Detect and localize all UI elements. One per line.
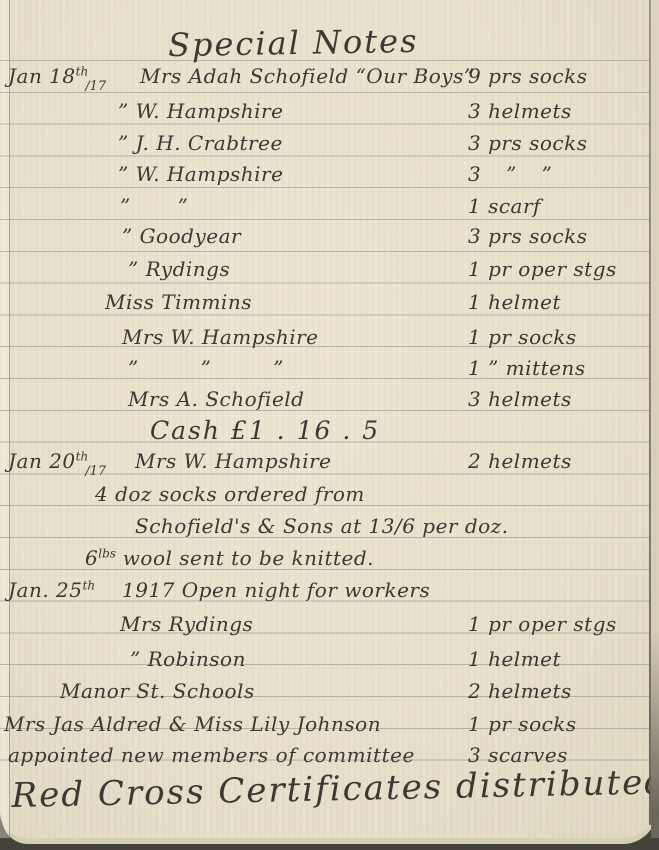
entry-quantity: 9 prs socks — [468, 64, 587, 88]
entry-name: Mrs Rydings — [120, 612, 253, 636]
ledger-row: ” Goodyear 3 prs socks — [0, 224, 659, 254]
ledger-row: 4 doz socks ordered from — [0, 482, 659, 512]
entry-name: 1917 Open night for workers — [122, 578, 430, 602]
entry-name: ” ” ” — [128, 356, 284, 380]
entry-name: Miss Timmins — [105, 290, 252, 314]
ledger-row: Jan 20th/17 Mrs W. Hampshire 2 helmets — [0, 449, 659, 479]
entry-name: ” ” — [120, 194, 188, 218]
ledger-row: Schofield's & Sons at 13/6 per doz. — [0, 514, 659, 544]
note-line: 6lbs wool sent to be knitted. — [85, 546, 374, 570]
entry-quantity: 3 helmets — [468, 99, 572, 123]
ledger-row: ” Robinson 1 helmet — [0, 647, 659, 677]
entry-date: Jan 20th/17 — [8, 449, 109, 473]
entry-name: ” W. Hampshire — [118, 162, 283, 186]
entry-name: Manor St. Schools — [60, 679, 255, 703]
note-line: 4 doz socks ordered from — [95, 482, 365, 506]
notebook-scan: { "page": { "title": "Special Notes", "f… — [0, 0, 659, 850]
adjacent-page-edge — [651, 0, 659, 838]
entry-quantity: 1 pr oper stgs — [468, 612, 617, 636]
entry-name: Mrs W. Hampshire — [122, 325, 319, 349]
ledger-row: Mrs Jas Aldred & Miss Lily Johnson 1 pr … — [0, 712, 659, 742]
entry-quantity: 1 scarf — [468, 194, 541, 218]
entry-quantity: 1 helmet — [468, 290, 561, 314]
ledger-row: Miss Timmins 1 helmet — [0, 290, 659, 320]
entry-quantity: 1 ” mittens — [468, 356, 586, 380]
entry-name: ” Rydings — [128, 257, 230, 281]
entry-quantity: 2 helmets — [468, 449, 572, 473]
entry-quantity: 3 ” ” — [468, 162, 552, 186]
entry-name: Mrs Adah Schofield “Our Boys” — [140, 64, 475, 88]
entry-quantity: 2 helmets — [468, 679, 572, 703]
entry-quantity: 1 pr socks — [468, 712, 577, 736]
entry-name: Mrs Jas Aldred & Miss Lily Johnson — [4, 712, 381, 736]
ledger-row: ” Rydings 1 pr oper stgs — [0, 257, 659, 287]
ledger-row: Manor St. Schools 2 helmets — [0, 679, 659, 709]
entry-quantity: 3 scarves — [468, 743, 568, 767]
page-gutter-line — [649, 0, 651, 825]
ledger-row: 6lbs wool sent to be knitted. — [0, 546, 659, 576]
ledger-row: ” W. Hampshire 3 helmets — [0, 99, 659, 129]
notebook-page: Special Notes Jan 18th/17 Mrs Adah Schof… — [0, 0, 659, 838]
entry-name: Mrs A. Schofield — [128, 387, 304, 411]
entry-name: ” Robinson — [130, 647, 246, 671]
ledger-row: Mrs Rydings 1 pr oper stgs — [0, 612, 659, 642]
cash-total: Cash £1 . 16 . 5 — [150, 416, 380, 445]
entry-quantity: 3 prs socks — [468, 131, 587, 155]
entry-name: appointed new members of committee — [8, 743, 415, 767]
ledger-row: ” W. Hampshire 3 ” ” — [0, 162, 659, 192]
note-line: Schofield's & Sons at 13/6 per doz. — [135, 514, 509, 538]
ledger-row: ” ” 1 scarf — [0, 194, 659, 224]
entry-name: ” W. Hampshire — [118, 99, 283, 123]
ledger-row: Mrs A. Schofield 3 helmets — [0, 387, 659, 417]
entry-quantity: 3 helmets — [468, 387, 572, 411]
entry-quantity: 1 helmet — [468, 647, 561, 671]
entry-name: Mrs W. Hampshire — [135, 449, 332, 473]
entry-quantity: 3 prs socks — [468, 224, 587, 248]
ledger-row: Jan. 25th 1917 Open night for workers — [0, 578, 659, 608]
ledger-row: Mrs W. Hampshire 1 pr socks — [0, 325, 659, 355]
page-title: Special Notes — [168, 22, 419, 64]
entry-name: ” Goodyear — [122, 224, 241, 248]
entry-quantity: 1 pr socks — [468, 325, 577, 349]
ledger-row: Cash £1 . 16 . 5 — [0, 416, 659, 446]
entry-quantity: 1 pr oper stgs — [468, 257, 617, 281]
entry-name: ” J. H. Crabtree — [118, 131, 283, 155]
ledger-row: ” J. H. Crabtree 3 prs socks — [0, 131, 659, 161]
entry-date: Jan 18th/17 — [8, 64, 109, 88]
entry-date: Jan. 25th — [8, 578, 95, 602]
ledger-row: Jan 18th/17 Mrs Adah Schofield “Our Boys… — [0, 64, 659, 94]
ledger-row: ” ” ” 1 ” mittens — [0, 356, 659, 386]
